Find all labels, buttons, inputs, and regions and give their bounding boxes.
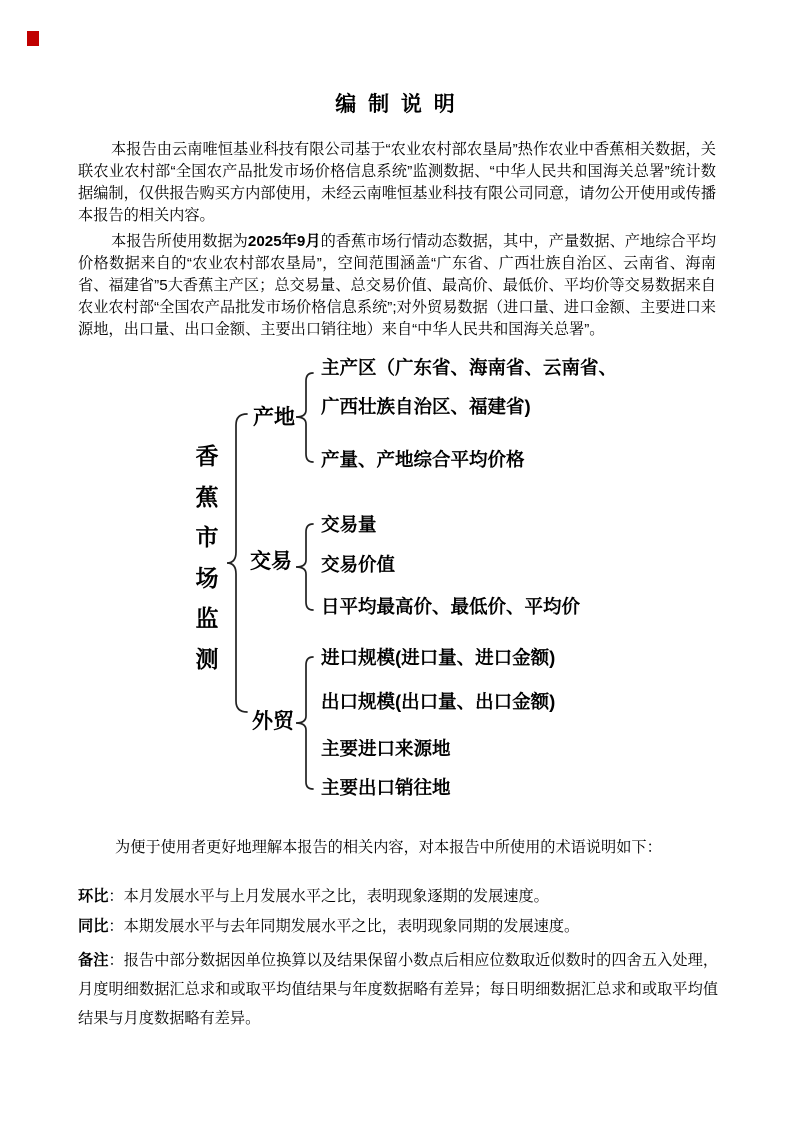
branch-label-trade: 交易	[250, 550, 292, 574]
note-label: 备注	[78, 952, 108, 969]
data-source-paragraph: 本报告所使用数据为2025年9月的香蕉市场行情动态数据，其中，产量数据、产地综合…	[78, 231, 716, 341]
intro-paragraph: 本报告由云南唯恒基业科技有限公司基于“农业农村部农垦局”热作农业中香蕉相关数据，…	[78, 139, 716, 227]
p2-text-pre: 本报告所使用数据为	[111, 233, 248, 250]
trade-brace	[296, 524, 313, 610]
term-yoy-text: ：本期发展水平与去年同期发展水平之比，表明现象同期的发展速度。	[108, 918, 579, 935]
foreign-trade-brace	[296, 657, 313, 789]
leaf-daily-prices: 日平均最高价、最低价、平均价	[321, 595, 580, 619]
term-mom-text: ：本月发展水平与上月发展水平之比，表明现象逐期的发展速度。	[108, 888, 548, 905]
leaf-main-import-sources: 主要进口来源地	[321, 737, 451, 761]
term-mom-label: 环比	[78, 888, 108, 905]
report-period: 2025年9月	[248, 233, 321, 250]
leaf-export-scale: 出口规模(出口量、出口金额)	[321, 690, 555, 714]
root-brace	[227, 414, 247, 712]
terms-intro: 为便于使用者更好地理解本报告的相关内容，对本报告中所使用的术语说明如下：	[78, 837, 718, 859]
branch-label-foreign-trade: 外贸	[252, 710, 294, 734]
term-yoy: 同比：本期发展水平与去年同期发展水平之比，表明现象同期的发展速度。	[78, 916, 718, 938]
leaf-main-export-destinations: 主要出口销往地	[321, 776, 451, 800]
leaf-main-production-areas: 主产区（广东省、海南省、云南省、 广西壮族自治区、福建省)	[321, 348, 617, 426]
document-page: 编 制 说 明 本报告由云南唯恒基业科技有限公司基于“农业农村部农垦局”热作农业…	[0, 0, 793, 1122]
red-marker	[27, 31, 39, 46]
term-yoy-label: 同比	[78, 918, 108, 935]
origin-brace	[296, 373, 313, 462]
note-paragraph: 备注：报告中部分数据因单位换算以及结果保留小数点后相应位数取近似数时的四舍五入处…	[78, 946, 718, 1033]
leaf-import-scale: 进口规模(进口量、进口金额)	[321, 646, 555, 670]
leaf-trade-value: 交易价值	[321, 553, 395, 577]
page-title: 编 制 说 明	[0, 90, 793, 120]
branch-label-origin: 产地	[253, 406, 295, 430]
leaf-trade-volume: 交易量	[321, 513, 377, 537]
leaf-output-and-average-price: 产量、产地综合平均价格	[321, 448, 525, 472]
note-text: ：报告中部分数据因单位换算以及结果保留小数点后相应位数取近似数时的四舍五入处理，…	[78, 952, 718, 1027]
term-mom: 环比：本月发展水平与上月发展水平之比，表明现象逐期的发展速度。	[78, 886, 718, 908]
